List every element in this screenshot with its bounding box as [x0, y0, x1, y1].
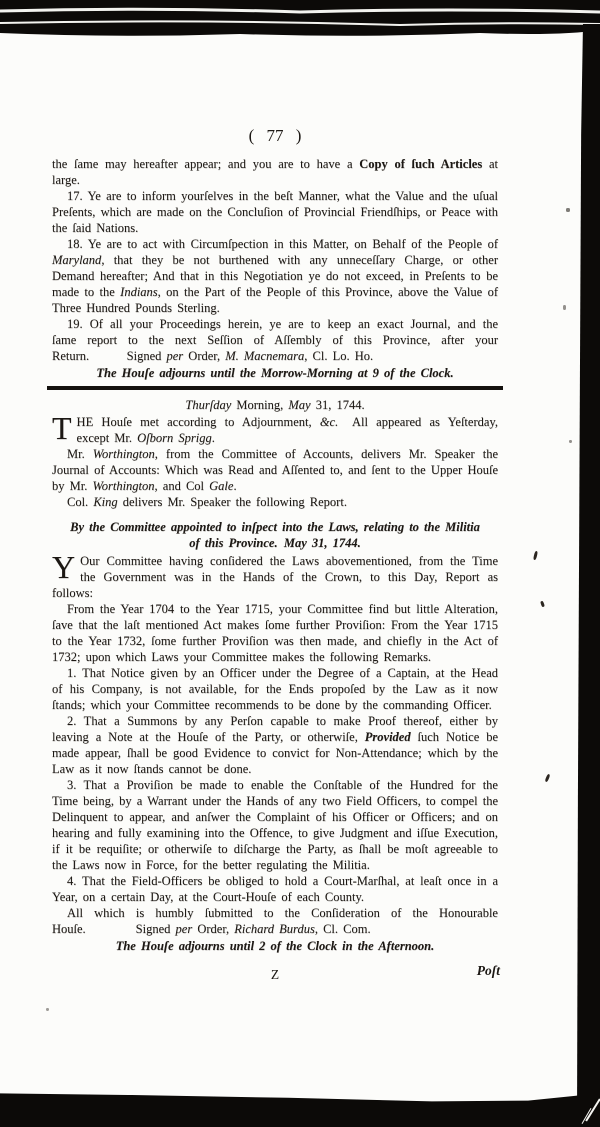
text-run: per: [176, 922, 193, 936]
catchword: Poſt: [477, 963, 500, 979]
text-run: Morning,: [231, 398, 288, 412]
paragraph-article-18: 18. Ye are to act with Circumſpection in…: [52, 236, 498, 316]
paragraph-continuation: the ſame may hereafter appear; and you a…: [52, 156, 498, 188]
right-scan-artifact-band: [577, 24, 600, 1127]
text-run: M. Macnemara: [225, 349, 304, 363]
adjournment-line-morning: The Houſe adjourns until the Morrow-Morn…: [52, 365, 498, 381]
paragraph-remark-3: 3. That a Proviſion be made to enable th…: [52, 777, 498, 873]
adjournment-line-afternoon: The Houſe adjourns until 2 of the Clock …: [52, 938, 498, 954]
text-run: .: [212, 431, 215, 445]
text-run: May: [288, 398, 310, 412]
text-run: Worthington: [93, 447, 155, 461]
ink-speck: [533, 551, 538, 560]
page-footer: Z Poſt: [52, 967, 498, 987]
text-run: The Houſe adjourns until 2 of the Clock …: [116, 939, 435, 953]
paragraph-remark-2: 2. That a Summons by any Perſon capable …: [52, 713, 498, 777]
ink-speck: [563, 305, 566, 310]
text-run: per: [167, 349, 184, 363]
text-run: 4. That the Field-Officers be obliged to…: [52, 874, 498, 904]
text-run: .: [233, 479, 236, 493]
text-run: 17. Ye are to inform yourſelves in the b…: [52, 189, 498, 235]
paragraph-remark-4: 4. That the Field-Officers be obliged to…: [52, 873, 498, 905]
page-content: ( 77 ) the ſame may hereafter appear; an…: [52, 126, 498, 987]
date-heading: Thurſday Morning, May 31, 1744.: [52, 397, 498, 413]
signature-mark: Z: [52, 967, 498, 983]
text-run: May 31, 1744.: [284, 536, 361, 550]
committee-report-heading: By the Committee appointed to inſpect in…: [66, 519, 484, 551]
text-run: Order,: [192, 922, 234, 936]
paragraph-king-report: Col. King delivers Mr. Speaker the follo…: [52, 494, 498, 510]
text-run: , Cl. Lo. Ho.: [304, 349, 373, 363]
text-run: From the Year 1704 to the Year 1715, you…: [52, 602, 498, 664]
text-run: 1. That Notice given by an Officer under…: [52, 666, 498, 712]
ink-speck: [545, 774, 551, 783]
ink-speck: [540, 601, 545, 608]
text-run: delivers Mr. Speaker the following Repor…: [118, 495, 347, 509]
text-run: The Houſe adjourns until the Morrow-Morn…: [96, 366, 453, 380]
paragraph-article-17: 17. Ye are to inform yourſelves in the b…: [52, 188, 498, 236]
section-divider-rule: [47, 386, 503, 390]
text-run: Richard Burdus: [234, 922, 315, 936]
text-run: Worthington: [92, 479, 154, 493]
text-run: Indians: [120, 285, 158, 299]
text-run: By the Committee appointed to inſpect in…: [70, 520, 480, 550]
text-run: King: [93, 495, 117, 509]
paragraph-submission: All which is humbly ſubmitted to the Con…: [52, 905, 498, 937]
blocks-container: the ſame may hereafter appear; and you a…: [52, 156, 498, 954]
top-scan-artifact-band: [0, 0, 600, 42]
text-run: Order,: [183, 349, 225, 363]
ink-speck: [569, 440, 572, 443]
text-run: , Cl. Com.: [315, 922, 371, 936]
paragraph-years-review: From the Year 1704 to the Year 1715, you…: [52, 601, 498, 665]
paragraph-worthington-accounts: Mr. Worthington, from the Committee of A…: [52, 446, 498, 494]
text-run: Mr.: [67, 447, 93, 461]
text-run: Col.: [67, 495, 93, 509]
text-run: Gale: [209, 479, 233, 493]
text-run: Our Committee having conſidered the Laws…: [52, 554, 498, 600]
text-run: &c.: [320, 415, 338, 429]
paragraph-remark-1: 1. That Notice given by an Officer under…: [52, 665, 498, 713]
text-run: Maryland: [52, 253, 101, 267]
text-run: Thurſday: [185, 398, 231, 412]
ink-speck: [566, 208, 570, 212]
bottom-scan-artifact-band: [0, 1087, 600, 1127]
drop-cap: Y: [52, 553, 80, 581]
drop-cap: T: [52, 414, 77, 442]
paragraph-article-19: 19. Of all your Proceedings herein, ye a…: [52, 316, 498, 364]
page-number: ( 77 ): [52, 126, 498, 146]
text-run: 31, 1744.: [311, 398, 365, 412]
text-run: Copy of ſuch Articles: [359, 157, 482, 171]
text-run: 18. Ye are to act with Circumſpection in…: [67, 237, 498, 251]
paragraph-house-met: THE Houſe met according to Adjournment, …: [52, 414, 498, 446]
text-run: the ſame may hereafter appear; and you a…: [52, 157, 359, 171]
text-run: 3. That a Proviſion be made to enable th…: [52, 778, 498, 872]
text-run: HE Houſe met according to Adjournment,: [77, 415, 320, 429]
text-run: Oſborn Sprigg: [137, 431, 212, 445]
paragraph-committee-considered: YOur Committee having conſidered the Law…: [52, 553, 498, 601]
document-page: ( 77 ) the ſame may hereafter appear; an…: [0, 0, 600, 1127]
text-run: , and Col: [155, 479, 210, 493]
text-run: Provided: [365, 730, 411, 744]
ink-speck: [46, 1008, 49, 1011]
